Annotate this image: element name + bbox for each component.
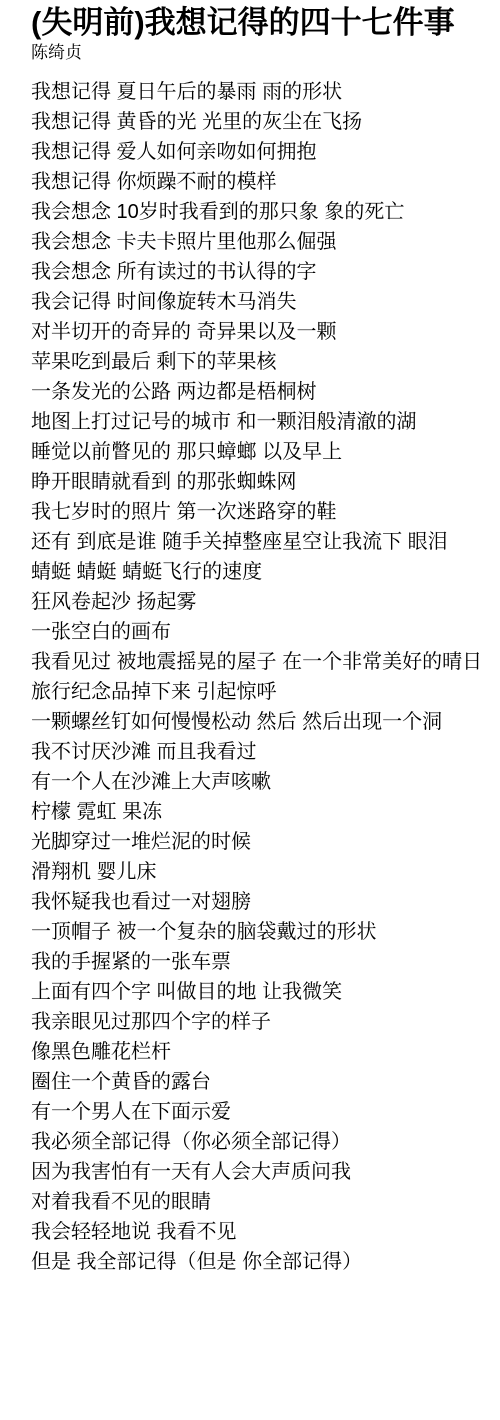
lyric-line: 我想记得 你烦躁不耐的模样 xyxy=(31,167,492,197)
lyric-line: 我想记得 夏日午后的暴雨 雨的形状 xyxy=(31,77,492,107)
lyric-line: 狂风卷起沙 扬起雾 xyxy=(31,587,492,617)
lyric-line: 地图上打过记号的城市 和一颗泪般清澈的湖 xyxy=(31,407,492,437)
lyric-line: 一条发光的公路 两边都是梧桐树 xyxy=(31,377,492,407)
lyric-line: 因为我害怕有一天有人会大声质问我 xyxy=(31,1157,492,1187)
lyric-line: 我会轻轻地说 我看不见 xyxy=(31,1217,492,1247)
lyric-line: 苹果吃到最后 剩下的苹果核 xyxy=(31,347,492,377)
lyric-line: 对半切开的奇异的 奇异果以及一颗 xyxy=(31,317,492,347)
lyric-line: 我必须全部记得（你必须全部记得） xyxy=(31,1127,492,1157)
lyric-line: 对着我看不见的眼睛 xyxy=(31,1187,492,1217)
lyric-line: 一张空白的画布 xyxy=(31,617,492,647)
lyric-line: 像黑色雕花栏杆 xyxy=(31,1037,492,1067)
lyric-line: 圈住一个黄昏的露台 xyxy=(31,1067,492,1097)
lyric-line: 睡觉以前瞥见的 那只蟑螂 以及早上 xyxy=(31,437,492,467)
lyric-line: 柠檬 霓虹 果冻 xyxy=(31,797,492,827)
lyric-line: 旅行纪念品掉下来 引起惊呼 xyxy=(31,677,492,707)
lyric-line: 我想记得 黄昏的光 光里的灰尘在飞扬 xyxy=(31,107,492,137)
lyric-line: 上面有四个字 叫做目的地 让我微笑 xyxy=(31,977,492,1007)
lyric-line: 我会记得 时间像旋转木马消失 xyxy=(31,287,492,317)
lyric-line: 我会想念 卡夫卡照片里他那么倔强 xyxy=(31,227,492,257)
lyric-line: 蜻蜓 蜻蜓 蜻蜓飞行的速度 xyxy=(31,557,492,587)
lyric-line: 我亲眼见过那四个字的样子 xyxy=(31,1007,492,1037)
lyric-line: 我会想念 10岁时我看到的那只象 象的死亡 xyxy=(31,197,492,227)
lyric-line: 我七岁时的照片 第一次迷路穿的鞋 xyxy=(31,497,492,527)
lyric-line: 一颗螺丝钉如何慢慢松动 然后 然后出现一个洞 xyxy=(31,707,492,737)
lyric-line: 滑翔机 婴儿床 xyxy=(31,857,492,887)
artist-name: 陈绮贞 xyxy=(31,42,492,64)
lyric-line: 睁开眼睛就看到 的那张蜘蛛网 xyxy=(31,467,492,497)
lyric-line: 我的手握紧的一张车票 xyxy=(31,947,492,977)
lyrics-body: 我想记得 夏日午后的暴雨 雨的形状我想记得 黄昏的光 光里的灰尘在飞扬我想记得 … xyxy=(31,77,492,1277)
lyric-line: 还有 到底是谁 随手关掉整座星空让我流下 眼泪 xyxy=(31,527,492,557)
lyric-line: 我不讨厌沙滩 而且我看过 xyxy=(31,737,492,767)
lyric-line: 一顶帽子 被一个复杂的脑袋戴过的形状 xyxy=(31,917,492,947)
lyric-line: 我想记得 爱人如何亲吻如何拥抱 xyxy=(31,137,492,167)
lyric-line: 光脚穿过一堆烂泥的时候 xyxy=(31,827,492,857)
lyric-line: 有一个人在沙滩上大声咳嗽 xyxy=(31,767,492,797)
lyric-line: 有一个男人在下面示爱 xyxy=(31,1097,492,1127)
lyrics-page: (失明前)我想记得的四十七件事 陈绮贞 我想记得 夏日午后的暴雨 雨的形状我想记… xyxy=(0,0,500,1420)
lyric-line: 我看见过 被地震摇晃的屋子 在一个非常美好的晴日 xyxy=(31,647,492,677)
song-title: (失明前)我想记得的四十七件事 xyxy=(31,3,492,42)
lyric-line: 我会想念 所有读过的书认得的字 xyxy=(31,257,492,287)
lyric-line: 但是 我全部记得（但是 你全部记得） xyxy=(31,1247,492,1277)
lyric-line: 我怀疑我也看过一对翅膀 xyxy=(31,887,492,917)
